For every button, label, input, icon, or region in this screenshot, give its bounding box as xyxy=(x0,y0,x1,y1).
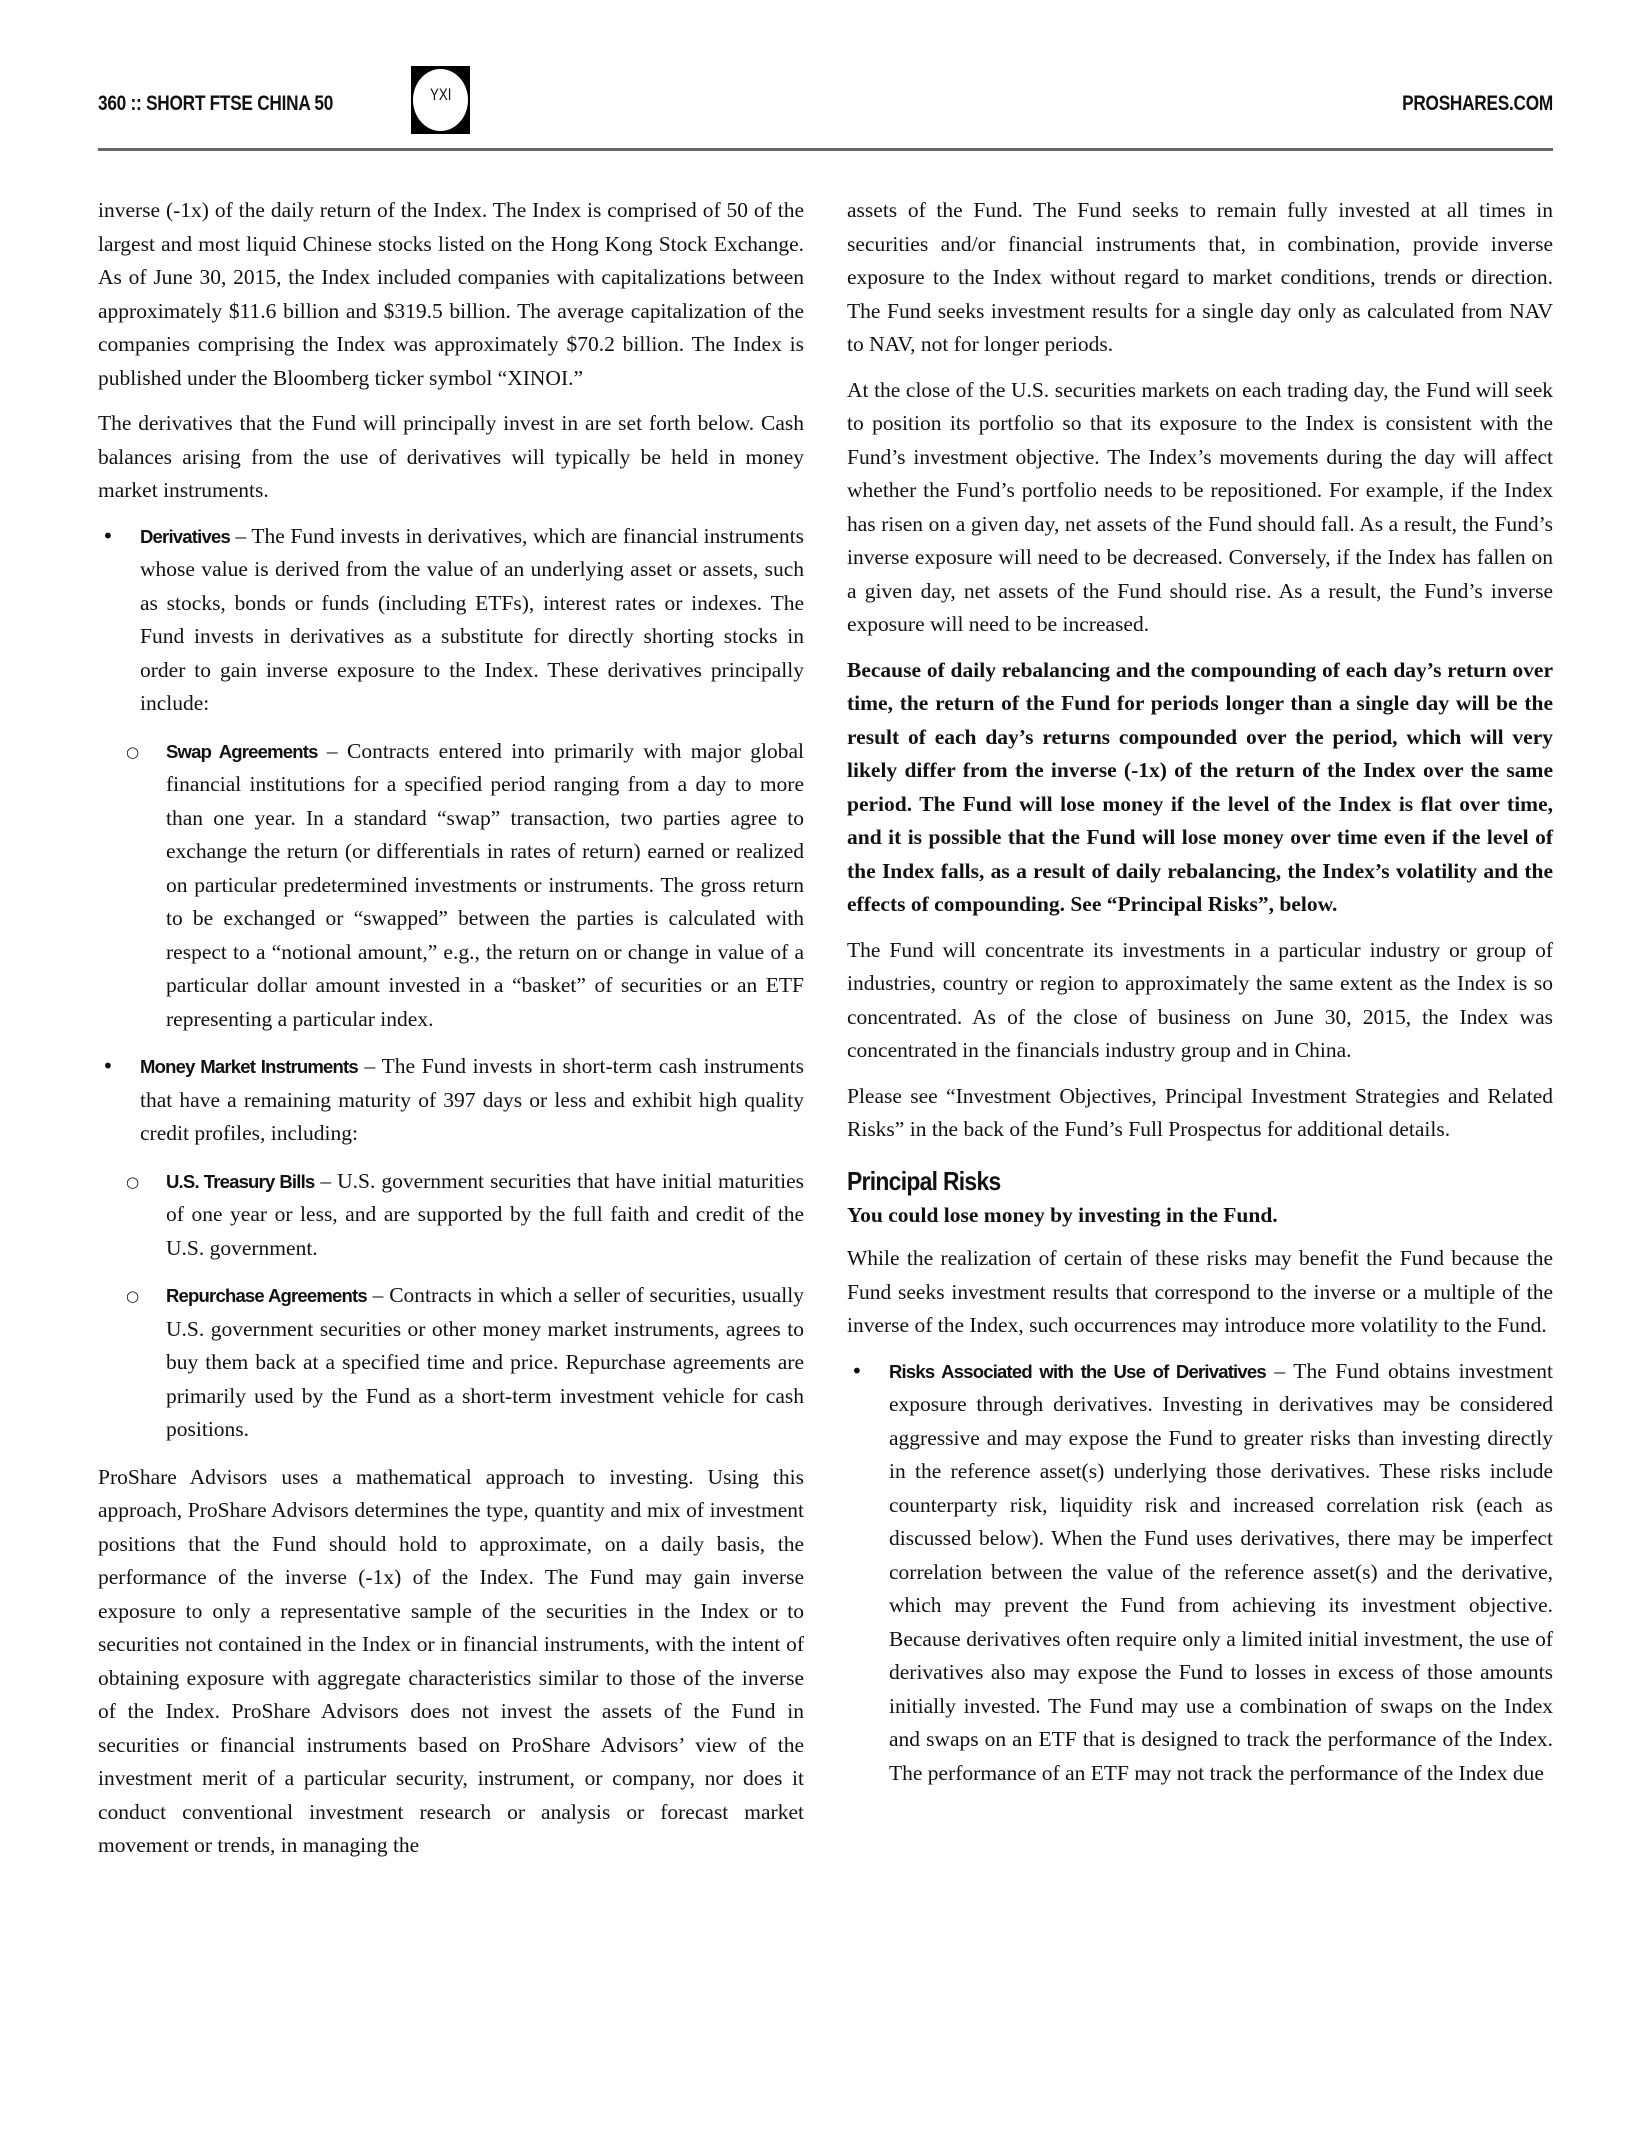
repositioning-paragraph: At the close of the U.S. securities mark… xyxy=(847,374,1553,642)
term-text: – The Fund invests in derivatives, which… xyxy=(140,524,804,716)
compounding-warning-paragraph: Because of daily rebalancing and the com… xyxy=(847,654,1553,922)
ticker-symbol: YXI xyxy=(430,85,451,105)
risks-intro-paragraph: While the realization of certain of thes… xyxy=(847,1242,1553,1343)
list-item-repurchase-agreements: ○ Repurchase Agreements – Contracts in w… xyxy=(98,1279,804,1447)
derivatives-intro-paragraph: The derivatives that the Fund will princ… xyxy=(98,407,804,508)
term-text: – Contracts in which a seller of secu­ri… xyxy=(166,1283,804,1441)
header-divider xyxy=(98,148,1553,151)
term-label: Derivatives xyxy=(140,526,230,547)
list-item-money-market: • Money Market Instruments – The Fund in… xyxy=(98,1050,804,1151)
term-text: – The Fund obtains investment exposure t… xyxy=(889,1359,1553,1785)
section-title: SHORT FTSE CHINA 50 xyxy=(146,92,333,115)
separator: :: xyxy=(131,92,142,115)
list-item-treasury-bills: ○ U.S. Treasury Bills – U.S. government … xyxy=(98,1165,804,1266)
list-item-derivatives: • Derivatives – The Fund invests in deri… xyxy=(98,520,804,721)
right-column: assets of the Fund. The Fund seeks to re… xyxy=(847,194,1553,1804)
sub-bullet-icon: ○ xyxy=(126,736,139,770)
see-prospectus-paragraph: Please see “Investment Objectives, Princ… xyxy=(847,1080,1553,1147)
lose-money-subheading: You could lose money by investing in the… xyxy=(847,1199,1553,1233)
principal-risks-heading: Principal Risks xyxy=(847,1163,1468,1199)
term-text: – Contracts entered into primarily with … xyxy=(166,739,804,1031)
term-label: Swap Agreements xyxy=(166,741,318,762)
running-head-left: 360 :: SHORT FTSE CHINA 50 xyxy=(98,92,333,116)
list-item-derivatives-risk: • Risks Associated with the Use of Deriv… xyxy=(847,1355,1553,1791)
bullet-icon: • xyxy=(102,520,114,554)
term-label: U.S. Treasury Bills xyxy=(166,1171,314,1192)
concentration-paragraph: The Fund will concentrate its investment… xyxy=(847,934,1553,1068)
sub-bullet-icon: ○ xyxy=(126,1166,139,1200)
site-link[interactable]: PROSHARES.COM xyxy=(1402,92,1553,116)
sub-bullet-icon: ○ xyxy=(126,1280,139,1314)
ticker-badge: YXI xyxy=(411,66,470,134)
bullet-icon: • xyxy=(102,1050,114,1084)
mathematical-approach-paragraph: ProShare Advisors uses a mathematical ap… xyxy=(98,1461,804,1863)
term-label: Risks Associated with the Use of Derivat… xyxy=(889,1361,1266,1382)
left-column: inverse (-1x) of the daily return of the… xyxy=(98,194,804,1875)
list-item-swap-agreements: ○ Swap Agreements – Contracts entered in… xyxy=(98,735,804,1037)
page-number: 360 xyxy=(98,92,126,115)
bullet-icon: • xyxy=(851,1355,863,1389)
term-label: Money Market Instruments xyxy=(140,1056,358,1077)
fully-invested-paragraph: assets of the Fund. The Fund seeks to re… xyxy=(847,194,1553,362)
page-header: 360 :: SHORT FTSE CHINA 50 YXI PROSHARES… xyxy=(98,60,1553,152)
index-description-paragraph: inverse (-1x) of the daily return of the… xyxy=(98,194,804,395)
ticker-circle-icon: YXI xyxy=(413,69,468,131)
term-label: Repurchase Agreements xyxy=(166,1285,367,1306)
